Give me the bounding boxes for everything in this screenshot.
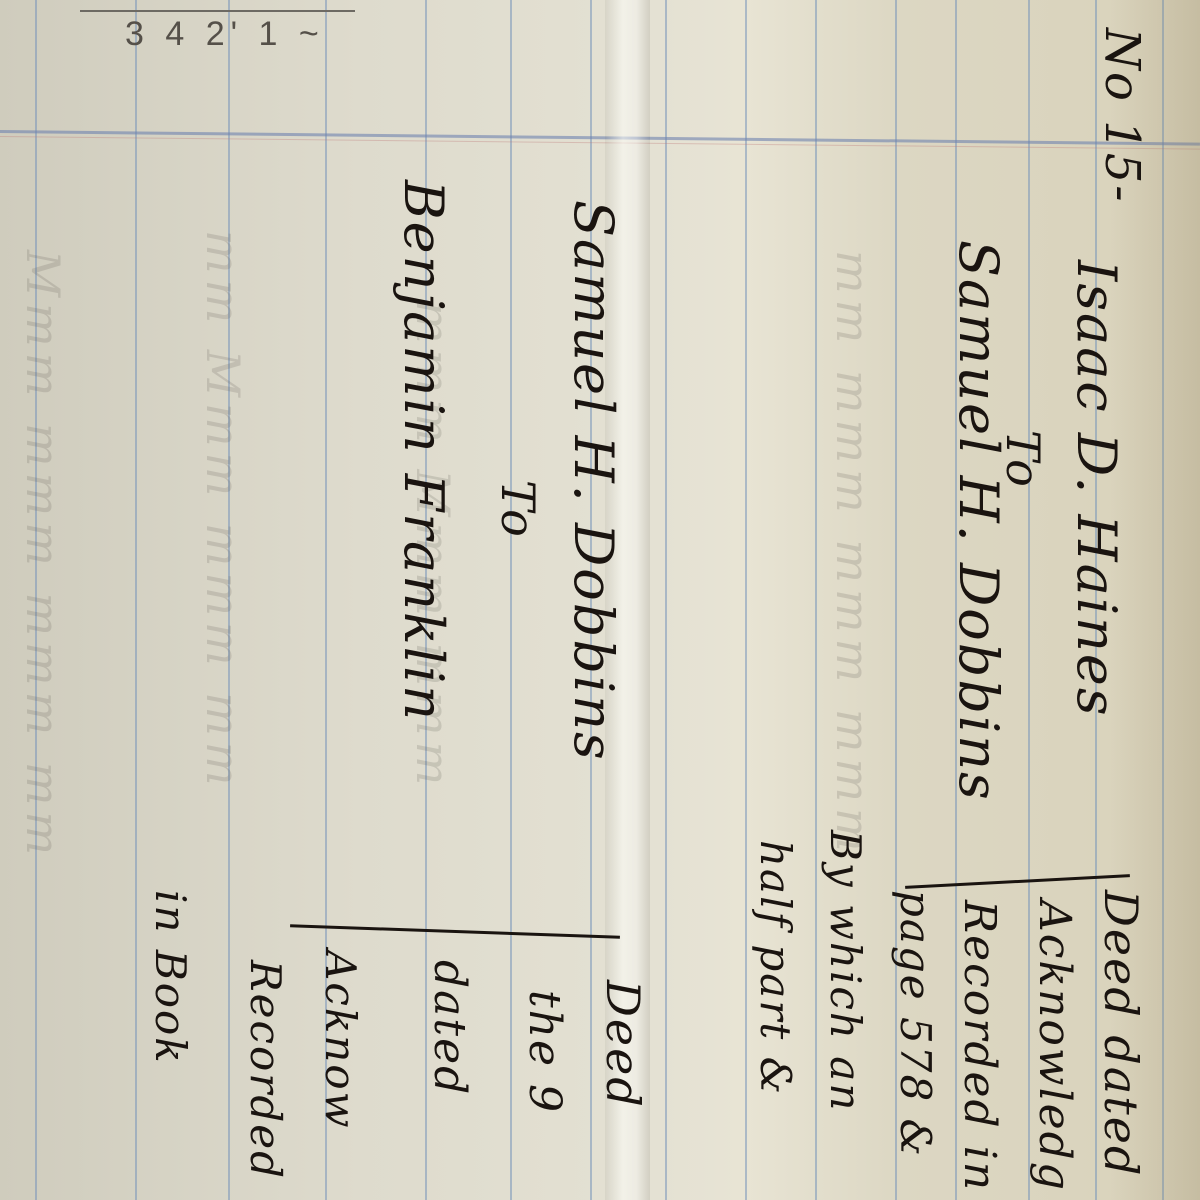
entry-number: No 15- (1094, 28, 1150, 203)
rule-line (510, 0, 512, 1200)
entry-2-col2-line: the 9 (519, 990, 570, 1114)
bleed-through-text: Mmm mmm mmm mm (16, 250, 70, 861)
entry-1-grantor: Isaac D. Haines (1065, 260, 1128, 718)
rule-line (745, 0, 747, 1200)
ledger-page: Mmm mmm mmm mm mm Mmm mmm mm mmm Mmm mmm… (0, 0, 1200, 1200)
rule-line (135, 0, 137, 1200)
entry-1-col2-line: page 578 & (891, 890, 940, 1158)
entry-2-col2-line: dated (424, 960, 475, 1096)
entry-1-grantee: Samuel H. Dobbins (947, 240, 1010, 802)
bleed-through-text: mm Mmm mmm mm (196, 230, 250, 792)
rule-line (815, 0, 817, 1200)
entry-1-col2-line: By which an (821, 830, 870, 1112)
entry-2-grantee: Benjamin Franklin (392, 180, 455, 722)
pencil-rule (80, 10, 355, 12)
entry-2-to: To (491, 480, 545, 539)
entry-2-col2-line: in Book (146, 890, 195, 1065)
entry-1-col2-line: half part & (751, 840, 800, 1096)
entry-2-col2-line: Deed (596, 980, 650, 1109)
entry-2-brace (290, 924, 620, 939)
bleed-through-text: mm mmm mmm mmm (826, 250, 880, 858)
entry-2-col2-line: Recorded (241, 960, 290, 1180)
entry-1-col2-line: Acknowledg (1029, 900, 1080, 1192)
rule-line (665, 0, 667, 1200)
entry-2-col2-line: Acknow (316, 950, 365, 1130)
entry-1-col2-line: Recorded in (954, 900, 1005, 1192)
entry-1-col2-line: Deed dated (1094, 890, 1148, 1177)
entry-2-grantor: Samuel H. Dobbins (562, 200, 625, 762)
pencil-note: 3 4 2' 1 ~ (125, 15, 325, 54)
